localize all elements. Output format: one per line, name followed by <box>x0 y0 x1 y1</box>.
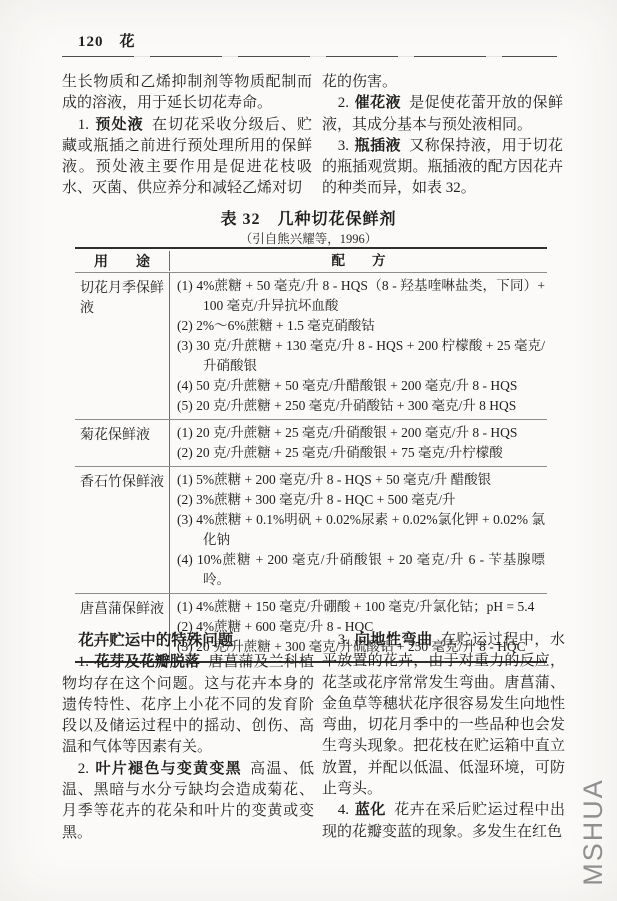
paragraph-continuation: 花的伤害。 <box>322 72 563 93</box>
table-32-preservatives: 用 途 配 方 切花月季保鲜液 (1) 4%蔗糖 + 50 毫克/升 8 - H… <box>75 247 547 663</box>
table-title: 表 32 几种切花保鲜剂 <box>0 206 617 229</box>
header-rule <box>62 56 557 57</box>
item-number: 3. <box>338 138 349 154</box>
use-cell: 切花月季保鲜液 <box>75 273 170 419</box>
formula-line: (1) 5%蔗糖 + 200 毫克/升 8 - HQS + 50 毫克/升 醋酸… <box>177 470 545 490</box>
formula-cell: (1) 4%蔗糖 + 50 毫克/升 8 - HQS（8 - 羟基喹啉盐类，下同… <box>170 273 547 419</box>
item-number: 2. <box>338 95 349 111</box>
formula-line: (1) 4%蔗糖 + 150 毫克/升硼酸 + 100 毫克/升氯化钴；pH =… <box>177 597 545 617</box>
paragraph-item-4: 4.蓝化花卉在采后贮运过程中出现的花瓣变蓝的现象。多发生在红色 <box>322 800 565 843</box>
item-term: 预处液 <box>94 117 143 133</box>
paragraph-continuation: 生长物质和乙烯抑制剂等物质配制而成的溶液，用于延长切花寿命。 <box>62 72 312 115</box>
paragraph-item-2: 2.催花液是促使花蕾开放的保鲜液，其成分基本与预处液相同。 <box>322 93 563 136</box>
intro-right-column: 花的伤害。 2.催花液是促使花蕾开放的保鲜液，其成分基本与预处液相同。 3.瓶插… <box>322 72 563 200</box>
bottom-left-column: 花卉贮运中的特殊问题 1.花芽及花瓣脱落唐菖蒲及兰科植物均存在这个问题。这与花卉… <box>62 630 314 844</box>
use-cell: 菊花保鲜液 <box>75 420 170 466</box>
intro-left-column: 生长物质和乙烯抑制剂等物质配制而成的溶液，用于延长切花寿命。 1.预处液在切花采… <box>62 72 312 200</box>
section-heading: 花卉贮运中的特殊问题 <box>62 630 314 651</box>
item-number: 1. <box>78 654 89 670</box>
item-text: 在贮运过程中，水平放置的花卉，由于对重力的反应，花茎或花序常常发生弯曲。唐菖蒲、… <box>322 632 565 797</box>
item-number: 3. <box>338 632 349 648</box>
table-row-chrysanthemum: 菊花保鲜液 (1) 20 克/升蔗糖 + 25 毫克/升硝酸银 + 200 毫克… <box>75 419 547 466</box>
formula-line: (5) 20 克/升蔗糖 + 250 毫克/升硝酸钴 + 300 毫克/升 8 … <box>177 396 545 416</box>
item-number: 1. <box>78 117 89 133</box>
table-source: （引自熊兴耀等，1996） <box>0 229 617 247</box>
formula-cell: (1) 20 克/升蔗糖 + 25 毫克/升硝酸银 + 200 毫克/升 8 -… <box>170 420 547 466</box>
scanned-book-page: 120花 生长物质和乙烯抑制剂等物质配制而成的溶液，用于延长切花寿命。 1.预处… <box>0 0 617 901</box>
item-term: 催花液 <box>354 95 401 111</box>
paragraph-item-1: 1.预处液在切花采收分级后、贮藏或瓶插之前进行预处理所用的保鲜液。预处液主要作用… <box>62 115 312 200</box>
running-head: 120花 <box>78 30 136 51</box>
item-term: 叶片褪色与变黄变黑 <box>94 761 242 777</box>
use-cell: 香石竹保鲜液 <box>75 467 170 593</box>
formula-line: (2) 3%蔗糖 + 300 毫克/升 8 - HQC + 500 毫克/升 <box>177 490 545 510</box>
table-header-row: 用 途 配 方 <box>75 249 547 272</box>
item-term: 向地性弯曲 <box>354 632 432 648</box>
formula-line: (4) 10%蔗糖 + 200 毫克/升硝酸银 + 20 毫克/升 6 - 苄基… <box>177 550 545 590</box>
paragraph-item-1: 1.花芽及花瓣脱落唐菖蒲及兰科植物均存在这个问题。这与花卉本身的遗传特性、花序上… <box>62 652 314 758</box>
formula-line: (1) 20 克/升蔗糖 + 25 毫克/升硝酸银 + 200 毫克/升 8 -… <box>177 423 545 443</box>
formula-line: (2) 20 克/升蔗糖 + 25 毫克/升硝酸银 + 75 毫克/升柠檬酸 <box>177 443 545 463</box>
table-header-use: 用 途 <box>75 251 170 271</box>
paragraph-item-2: 2.叶片褪色与变黄变黑高温、低温、黑暗与水分亏缺均会造成菊花、月季等花卉的花朵和… <box>62 759 314 844</box>
item-number: 4. <box>338 802 349 818</box>
item-term: 蓝化 <box>354 802 386 818</box>
watermark: MSHUA <box>577 766 609 898</box>
formula-cell: (1) 5%蔗糖 + 200 毫克/升 8 - HQS + 50 毫克/升 醋酸… <box>170 467 547 593</box>
formula-line: (1) 4%蔗糖 + 50 毫克/升 8 - HQS（8 - 羟基喹啉盐类，下同… <box>177 276 545 316</box>
item-number: 2. <box>78 761 89 777</box>
formula-line: (3) 30 克/升蔗糖 + 130 毫克/升 8 - HQS + 200 柠檬… <box>177 336 545 376</box>
table-row-rose: 切花月季保鲜液 (1) 4%蔗糖 + 50 毫克/升 8 - HQS（8 - 羟… <box>75 272 547 419</box>
paragraph-item-3: 3.瓶插液又称保持液，用于切花的瓶插观赏期。瓶插液的配方因花卉的种类而异，如表 … <box>322 136 563 200</box>
book-title: 花 <box>120 34 136 50</box>
bottom-right-column: 3.向地性弯曲在贮运过程中，水平放置的花卉，由于对重力的反应，花茎或花序常常发生… <box>322 630 565 843</box>
item-term: 瓶插液 <box>354 138 401 154</box>
table-header-formula: 配 方 <box>170 251 547 271</box>
formula-line: (3) 4%蔗糖 + 0.1%明矾 + 0.02%尿素 + 0.02%氯化钾 +… <box>177 510 545 550</box>
page-number: 120 <box>78 34 104 50</box>
table-row-carnation: 香石竹保鲜液 (1) 5%蔗糖 + 200 毫克/升 8 - HQS + 50 … <box>75 466 547 593</box>
paragraph-item-3: 3.向地性弯曲在贮运过程中，水平放置的花卉，由于对重力的反应，花茎或花序常常发生… <box>322 630 565 800</box>
formula-line: (4) 50 克/升蔗糖 + 50 毫克/升醋酸银 + 200 毫克/升 8 -… <box>177 376 545 396</box>
formula-line: (2) 2%～6%蔗糖 + 1.5 毫克硝酸钴 <box>177 316 545 336</box>
item-term: 花芽及花瓣脱落 <box>94 654 200 670</box>
